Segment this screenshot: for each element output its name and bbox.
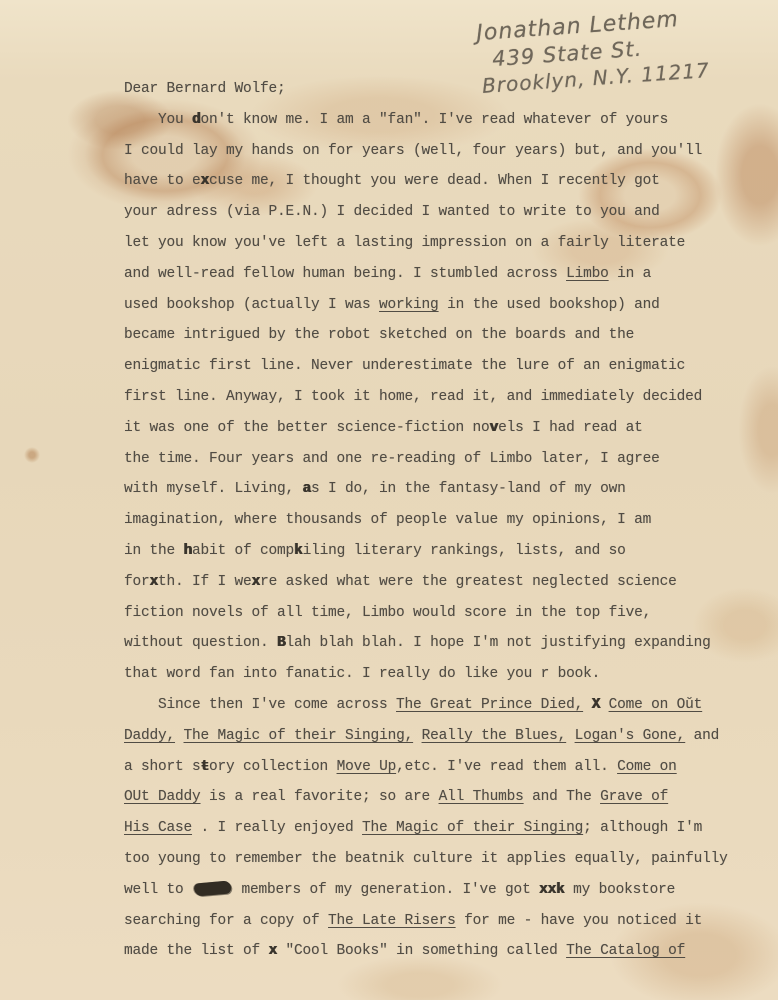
overstrike-text: x [201, 173, 210, 189]
underlined-title: Come on Oŭt [609, 697, 703, 713]
underlined-title: Daddy, [124, 728, 175, 744]
letter-line: enigmatic first line. Never underestimat… [124, 351, 764, 382]
letter-line: it was one of the better science-fiction… [124, 413, 764, 444]
text-segment: is a real favorite; so are [201, 789, 439, 805]
text-segment: . I really enjoyed [192, 820, 362, 836]
text-segment: in a [609, 266, 652, 282]
letter-line: let you know you've left a lasting impre… [124, 228, 764, 259]
text-segment: searching for a copy of [124, 913, 328, 929]
text-segment: Dear Bernard Wolfe; [124, 81, 286, 97]
text-segment: became intrigued by the robot sketched o… [124, 327, 634, 343]
text-segment [600, 697, 609, 713]
letter-line: a short sŧory collection Move Up,etc. I'… [124, 752, 764, 783]
text-segment: that word fan into fanatic. I really do … [124, 666, 600, 682]
text-segment: a short s [124, 759, 201, 775]
text-segment: well to [124, 882, 192, 898]
underlined-title: The Late Risers [328, 913, 456, 929]
letter-line: used bookshop (actually I was working in… [124, 290, 764, 321]
underlined-title: All Thumbs [439, 789, 524, 805]
overstrike-text: x [269, 943, 278, 959]
text-segment: re asked what were the greatest neglecte… [260, 574, 677, 590]
text-segment: too young to remember the beatnik cultur… [124, 851, 728, 867]
letter-line: Since then I've come across The Great Pr… [124, 690, 764, 721]
letter-line: without question. Blah blah blah. I hope… [124, 628, 764, 659]
letter-line: that word fan into fanatic. I really do … [124, 659, 764, 690]
letter-line: became intrigued by the robot sketched o… [124, 320, 764, 351]
text-segment: used bookshop (actually I was [124, 297, 379, 313]
underlined-title: Move Up [337, 759, 397, 775]
overstrike-text: xxk [539, 882, 565, 898]
overstrike-text: h [184, 543, 193, 559]
letter-line: Daddy, The Magic of their Singing, Reall… [124, 721, 764, 752]
text-segment: els I had read at [498, 420, 643, 436]
letter-line: I could lay my hands on for years (well,… [124, 136, 764, 167]
letter-line: with myself. Living, as I do, in the fan… [124, 474, 764, 505]
letter-line: and well-read fellow human being. I stum… [124, 259, 764, 290]
text-segment: made the list of [124, 943, 269, 959]
overstrike-text: X [592, 697, 601, 713]
text-segment: in the [124, 543, 184, 559]
text-segment: without question. [124, 635, 277, 651]
text-segment: fiction novels of all time, Limbo would … [124, 605, 651, 621]
letter-line: your adress (via P.E.N.) I decided I wan… [124, 197, 764, 228]
letter-line: fiction novels of all time, Limbo would … [124, 598, 764, 629]
letter-line: Dear Bernard Wolfe; [124, 74, 764, 105]
underlined-title: The Catalog of [566, 943, 685, 959]
letter-line: the time. Four years and one re-reading … [124, 444, 764, 475]
letter-line: forxth. If I wexre asked what were the g… [124, 567, 764, 598]
text-segment [175, 728, 184, 744]
text-segment: on't know me. I am a "fan". I've read wh… [201, 112, 669, 128]
text-segment: s I do, in the fantasy-land of my own [311, 481, 626, 497]
underlined-title: Come on [617, 759, 677, 775]
letter-line: You don't know me. I am a "fan". I've re… [124, 105, 764, 136]
underlined-title: His Case [124, 820, 192, 836]
overstrike-text: v [490, 420, 499, 436]
underlined-title: OUt Daddy [124, 789, 201, 805]
text-segment: "Cool Books" in something called [277, 943, 566, 959]
underlined-title: Limbo [566, 266, 609, 282]
text-segment [413, 728, 422, 744]
text-segment: your adress (via P.E.N.) I decided I wan… [124, 204, 660, 220]
text-segment: imagination, where thousands of people v… [124, 512, 651, 528]
overstrike-text: x [252, 574, 261, 590]
underlined-title: The Magic of their Singing [362, 820, 583, 836]
text-segment: for [124, 574, 150, 590]
underlined-title: Logan's Gone, [575, 728, 686, 744]
letter-line: made the list of x "Cool Books" in somet… [124, 936, 764, 967]
letter-line: first line. Anyway, I took it home, read… [124, 382, 764, 413]
letter-line: OUt Daddy is a real favorite; so are All… [124, 782, 764, 813]
overstrike-text: x [150, 574, 159, 590]
ink-scribble [194, 880, 232, 896]
text-segment: in the used bookshop) and [439, 297, 660, 313]
underlined-title: The Magic of their Singing, [184, 728, 414, 744]
text-segment: cuse me, I thought you were dead. When I… [209, 173, 660, 189]
text-segment [566, 728, 575, 744]
overstrike-text: B [277, 635, 286, 651]
overstrike-text: k [294, 543, 303, 559]
text-segment: have to e [124, 173, 201, 189]
letter-body: Dear Bernard Wolfe; You don't know me. I… [124, 74, 764, 967]
text-segment: iling literary rankings, lists, and so [303, 543, 626, 559]
text-segment: th. If I we [158, 574, 252, 590]
text-segment: Since then I've come across [124, 697, 396, 713]
text-segment: I could lay my hands on for years (well,… [124, 143, 702, 159]
text-segment: ; although I'm [583, 820, 702, 836]
text-segment: with myself. Living, [124, 481, 303, 497]
text-segment [583, 697, 592, 713]
underlined-title: working [379, 297, 439, 313]
letter-line: His Case . I really enjoyed The Magic of… [124, 813, 764, 844]
letter-line: imagination, where thousands of people v… [124, 505, 764, 536]
underlined-title: Really the Blues, [422, 728, 567, 744]
text-segment: ory collection [209, 759, 337, 775]
text-segment: ,etc. I've read them all. [396, 759, 617, 775]
overstrike-text: d [192, 112, 201, 128]
text-segment: let you know you've left a lasting impre… [124, 235, 685, 251]
letter-page: { "colors": { "paper": "#e8d9bc", "ink":… [0, 0, 778, 1000]
letter-line: too young to remember the beatnik cultur… [124, 844, 764, 875]
underlined-title: Grave of [600, 789, 668, 805]
text-segment: and The [524, 789, 601, 805]
letter-line: well to members of my generation. I've g… [124, 875, 764, 906]
text-segment: it was one of the better science-fiction… [124, 420, 490, 436]
text-segment: members of my generation. I've got [233, 882, 539, 898]
text-segment: enigmatic first line. Never underestimat… [124, 358, 685, 374]
overstrike-text: ŧ [201, 759, 210, 775]
text-segment: You [124, 112, 192, 128]
underlined-title: The Great Prince Died, [396, 697, 583, 713]
letter-line: searching for a copy of The Late Risers … [124, 906, 764, 937]
text-segment: and well-read fellow human being. I stum… [124, 266, 566, 282]
text-segment: the time. Four years and one re-reading … [124, 451, 660, 467]
text-segment: first line. Anyway, I took it home, read… [124, 389, 702, 405]
text-segment: my bookstore [565, 882, 676, 898]
letter-line: have to excuse me, I thought you were de… [124, 166, 764, 197]
text-segment: for me - have you noticed it [456, 913, 703, 929]
letter-line: in the habit of compkiling literary rank… [124, 536, 764, 567]
overstrike-text: a [303, 481, 312, 497]
text-segment: lah blah blah. I hope I'm not justifying… [286, 635, 711, 651]
text-segment: abit of comp [192, 543, 294, 559]
text-segment: and [685, 728, 719, 744]
